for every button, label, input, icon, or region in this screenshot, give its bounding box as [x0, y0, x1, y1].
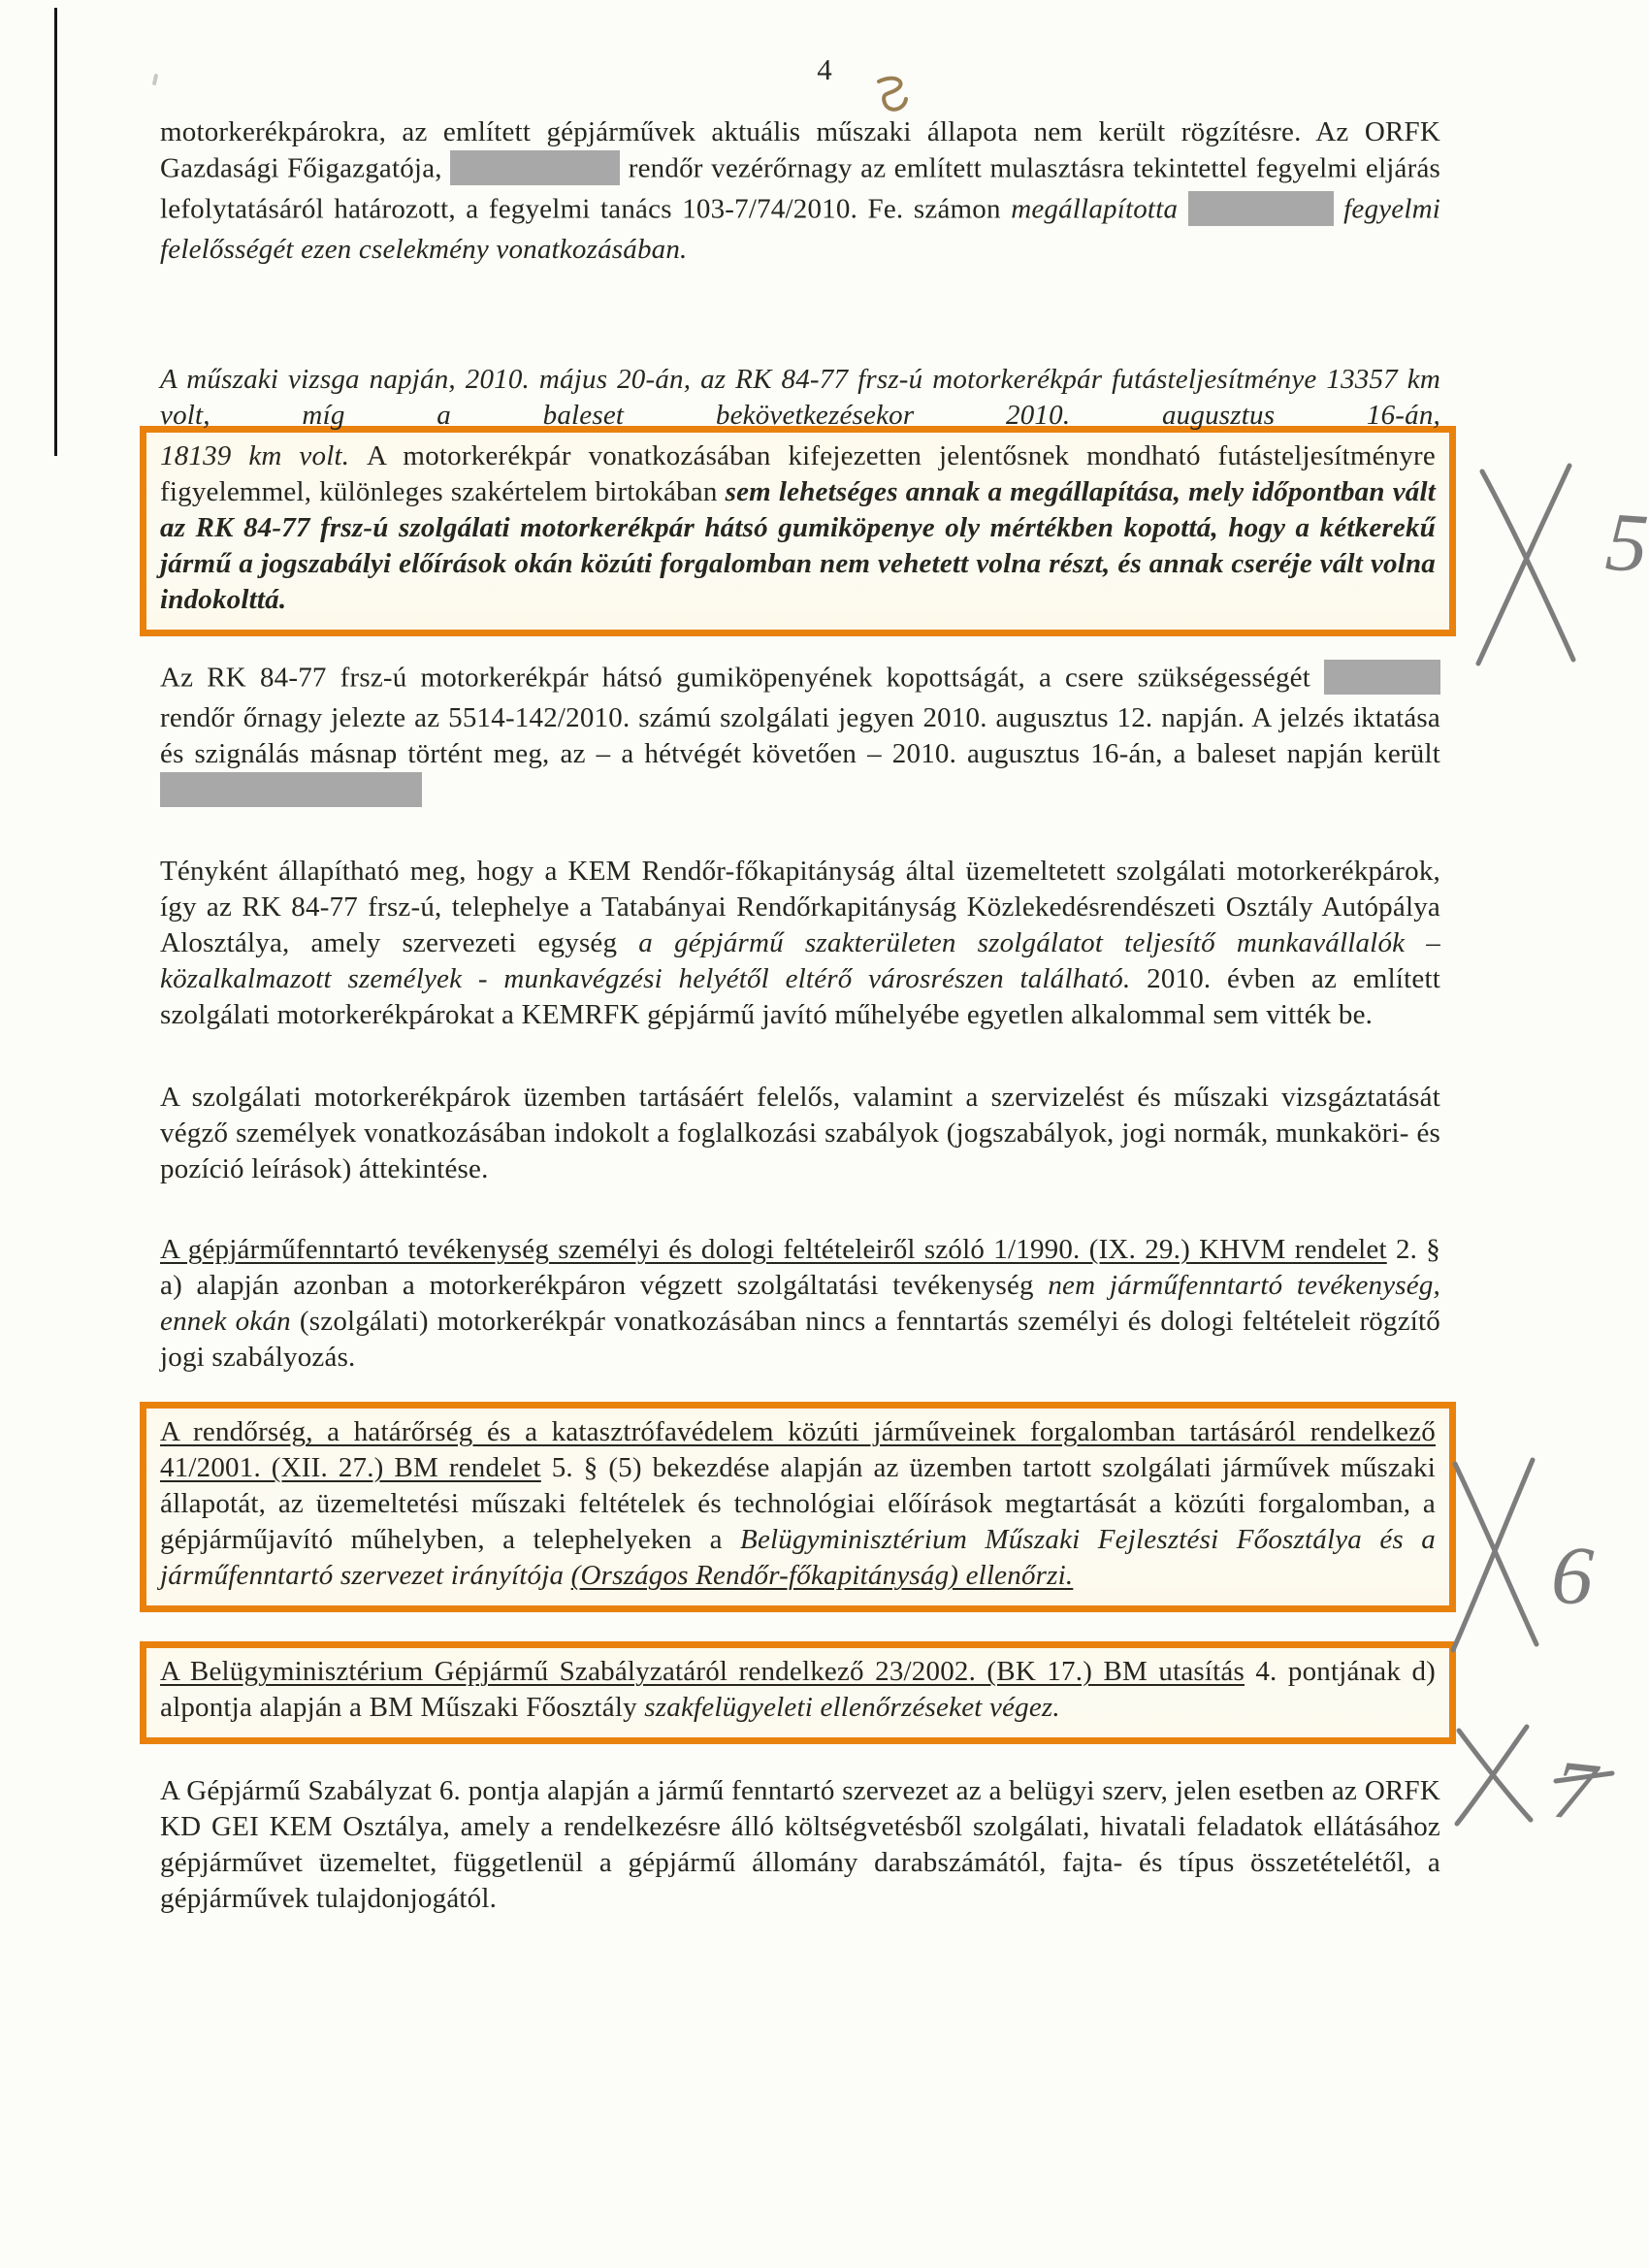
- handwritten-number: 5: [1602, 495, 1649, 591]
- handwritten-x-mark-7: 7: [1441, 1719, 1645, 1835]
- highlighted-paragraph-box5: 18139 km volt. A motorkerékpár vonatkozá…: [140, 426, 1456, 636]
- text-segment: 18139 km volt.: [160, 440, 367, 471]
- text-segment: (szolgálati) motorkerékpár vonatkozásába…: [160, 1306, 1440, 1373]
- paragraph-p6: A gépjárműfenntartó tevékenység személyi…: [160, 1232, 1440, 1376]
- handwritten-number: 6: [1549, 1528, 1596, 1623]
- page-number: 4: [0, 52, 1649, 87]
- text-segment: A Belügyminisztérium Gépjármű Szabályzat…: [160, 1656, 1245, 1687]
- highlighted-paragraph-box6: A rendőrség, a határőrség és a katasztró…: [140, 1402, 1456, 1612]
- paragraph-p8: A Gépjármű Szabályzat 6. pontja alapján …: [160, 1773, 1440, 1917]
- redaction-bar: [1188, 191, 1334, 226]
- paragraph-p5: A szolgálati motorkerékpárok üzemben tar…: [160, 1080, 1440, 1187]
- text-segment: rendőr őrnagy jelezte az 5514-142/2010. …: [160, 702, 1440, 769]
- text-segment: A szolgálati motorkerékpárok üzemben tar…: [160, 1082, 1440, 1184]
- redaction-bar: [450, 150, 620, 185]
- text-segment: A gépjárműfenntartó tevékenység személyi…: [160, 1234, 1387, 1265]
- ink-scribble-icon: [869, 72, 916, 116]
- highlighted-paragraph-box7: A Belügyminisztérium Gépjármű Szabályzat…: [140, 1641, 1456, 1744]
- text-segment: megállapította: [1011, 194, 1187, 225]
- paragraph-p4: Tényként állapítható meg, hogy a KEM Ren…: [160, 854, 1440, 1033]
- handwritten-number: 7: [1549, 1742, 1603, 1835]
- text-flow: motorkerékpárokra, az említett gépjárműv…: [160, 114, 1440, 1917]
- text-segment: A műszaki vizsga napján, 2010. május 20-…: [160, 364, 1440, 431]
- text-segment: szakfelügyeleti ellenőrzéseket végez.: [644, 1692, 1060, 1723]
- handwritten-x-mark-5: 5: [1453, 452, 1649, 690]
- redaction-bar: [1324, 660, 1440, 695]
- paragraph-p2: A műszaki vizsga napján, 2010. május 20-…: [160, 362, 1440, 434]
- paragraph-p1: motorkerékpárokra, az említett gépjárműv…: [160, 114, 1440, 268]
- paragraph-p3: Az RK 84-77 frsz-ú motorkerékpár hátsó g…: [160, 660, 1440, 813]
- text-segment: (Országos Rendőr-főkapitányság) ellenőrz…: [571, 1560, 1074, 1591]
- handwritten-x-mark-6: 6: [1434, 1450, 1637, 1673]
- text-segment: Az RK 84-77 frsz-ú motorkerékpár hátsó g…: [160, 663, 1324, 694]
- scanned-document-page: 4 motorkerékpárokra, az említett gépjárm…: [0, 0, 1649, 2268]
- redaction-bar: [160, 772, 422, 807]
- text-segment: A Gépjármű Szabályzat 6. pontja alapján …: [160, 1775, 1440, 1914]
